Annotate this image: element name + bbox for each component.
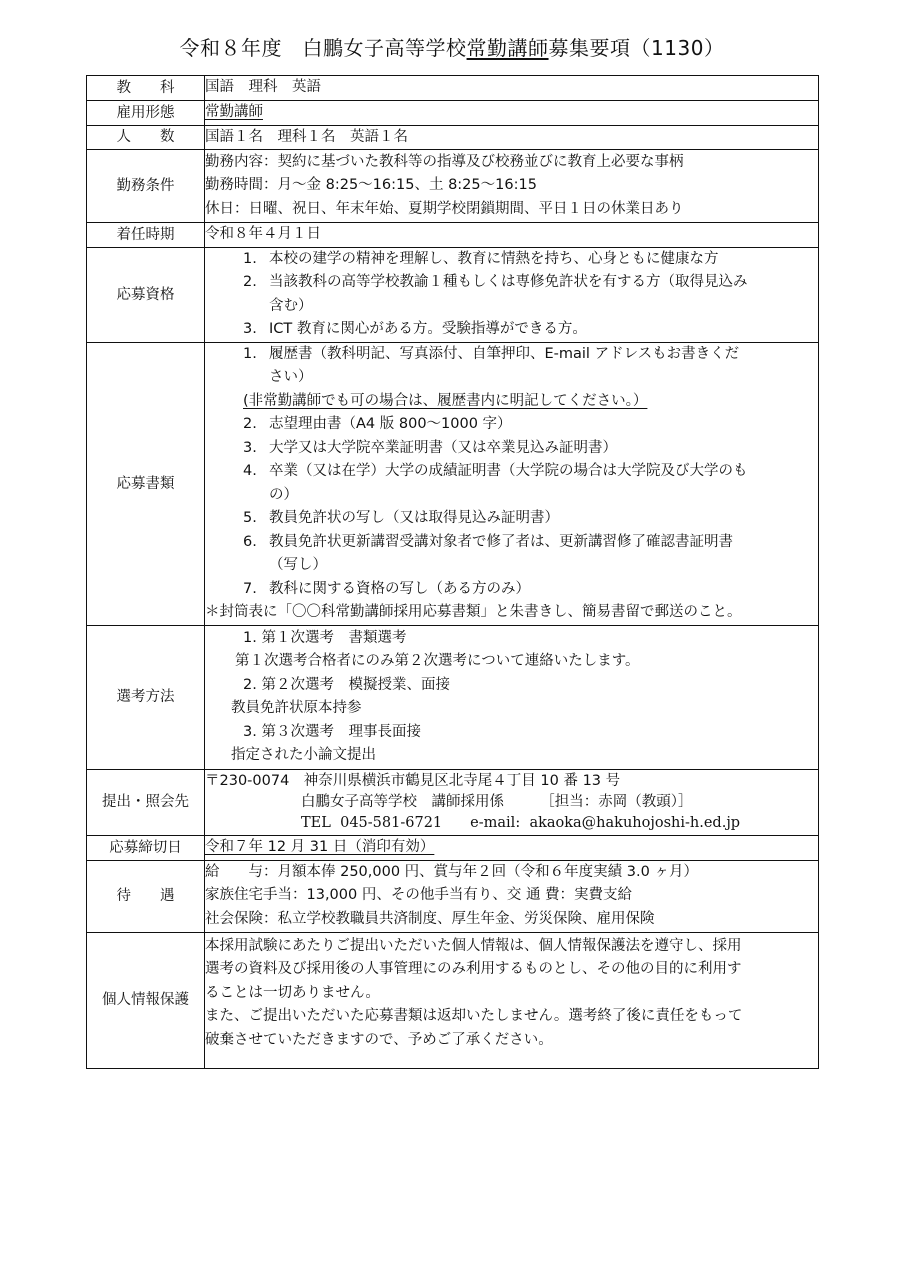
- document-item: 5.教員免許状の写し（又は取得見込み証明書）: [205, 507, 818, 531]
- row-documents: 応募書類 1.履歴書（教科明記、写真添付、自筆押印、E-mail アドレスもお書…: [87, 342, 819, 625]
- document-item: 6.教員免許状更新講習受講対象者で修了者は、更新講習修了確認書証明書: [205, 531, 818, 555]
- row-benefits: 待 遇 給 与：月額本俸 250,000 円、賞与年２回（令和６年度実績 3.0…: [87, 860, 819, 932]
- row-selection: 選考方法 1. 第１次選考 書類選考 第１次選考合格者にのみ第２次選考について連…: [87, 625, 819, 769]
- document-item: 1.履歴書（教科明記、写真添付、自筆押印、E-mail アドレスもお書きくだ: [205, 343, 818, 367]
- document-item-cont: の）: [205, 484, 818, 508]
- label-qualifications: 応募資格: [87, 247, 205, 342]
- email-label: e-mail:: [470, 815, 520, 831]
- label-conditions: 勤務条件: [87, 150, 205, 223]
- row-start-date: 着任時期 令和８年４月１日: [87, 223, 819, 248]
- tel-number: 045-581-6721: [340, 815, 442, 831]
- label-start-date: 着任時期: [87, 223, 205, 248]
- row-headcount: 人 数 国語１名 理科１名 英語１名: [87, 125, 819, 150]
- privacy-text: 破棄させていただきますので、予めご了承ください。: [205, 1029, 818, 1053]
- privacy-text: ることは一切ありません。: [205, 982, 818, 1006]
- document-footer-note: ＊封筒表に「〇〇科常勤講師採用応募書類」と朱書きし、簡易書留で郵送のこと。: [205, 601, 818, 625]
- selection-step-title: 1. 第１次選考 書類選考: [205, 627, 818, 651]
- conditions-duties: 勤務内容：契約に基づいた教科等の指導及び校務並びに教育上必要な事柄: [205, 151, 818, 175]
- row-employment: 雇用形態 常勤講師: [87, 101, 819, 126]
- label-benefits: 待 遇: [87, 860, 205, 932]
- conditions-holidays: 休日：日曜、祝日、年末年始、夏期学校閉鎖期間、平日１日の休業日あり: [205, 198, 818, 222]
- qualification-item: 3.ICT 教育に関心がある方。受験指導ができる方。: [205, 318, 818, 342]
- value-headcount: 国語１名 理科１名 英語１名: [205, 125, 819, 150]
- row-privacy: 個人情報保護 本採用試験にあたりご提出いただいた個人情報は、個人情報保護法を遵守…: [87, 932, 819, 1068]
- title-suffix: 募集要項（1130）: [549, 36, 725, 60]
- label-documents: 応募書類: [87, 342, 205, 625]
- value-employment: 常勤講師: [205, 104, 263, 120]
- document-item-cont: さい）: [205, 366, 818, 390]
- selection-step-title: 2. 第２次選考 模擬授業、面接: [205, 674, 818, 698]
- document-item-cont: （写し）: [205, 554, 818, 578]
- conditions-hours: 勤務時間：月～金 8:25～16:15、土 8:25～16:15: [205, 174, 818, 198]
- selection-step-title: 3. 第３次選考 理事長面接: [205, 721, 818, 745]
- tel-label: TEL: [301, 815, 331, 831]
- label-subject: 教 科: [87, 76, 205, 101]
- contact-address: 〒230-0074 神奈川県横浜市鶴見区北寺尾４丁目 10 番 13 号: [205, 771, 818, 792]
- document-item: 2.志望理由書（A4 版 800～1000 字）: [205, 413, 818, 437]
- label-deadline: 応募締切日: [87, 835, 205, 860]
- privacy-text: 選考の資料及び採用後の人事管理にのみ利用するものとし、その他の目的に利用す: [205, 958, 818, 982]
- row-subject: 教 科 国語 理科 英語: [87, 76, 819, 101]
- recruitment-table: 教 科 国語 理科 英語 雇用形態 常勤講師 人 数 国語１名 理科１名 英語１…: [86, 75, 819, 1069]
- value-start-date: 令和８年４月１日: [205, 223, 819, 248]
- label-contact: 提出・照会先: [87, 769, 205, 835]
- row-deadline: 応募締切日 令和７年 12 月 31 日（消印有効）: [87, 835, 819, 860]
- contact-phone-email: TEL 045-581-6721e-mail: akaoka@hakuhojos…: [205, 813, 818, 834]
- privacy-text: 本採用試験にあたりご提出いただいた個人情報は、個人情報保護法を遵守し、採用: [205, 935, 818, 959]
- benefits-allowances: 家族住宅手当：13,000 円、その他手当有り、交 通 費：実費支給: [205, 884, 818, 908]
- email-address[interactable]: akaoka@hakuhojoshi-h.ed.jp: [529, 815, 740, 831]
- document-note: (非常勤講師でも可の場合は、履歴書内に明記してください。）: [243, 393, 647, 409]
- label-selection: 選考方法: [87, 625, 205, 769]
- privacy-text: また、ご提出いただいた応募書類は返却いたしません。選考終了後に責任をもって: [205, 1005, 818, 1029]
- row-contact: 提出・照会先 〒230-0074 神奈川県横浜市鶴見区北寺尾４丁目 10 番 1…: [87, 769, 819, 835]
- selection-step-detail: 教員免許状原本持参: [205, 697, 818, 721]
- value-subject: 国語 理科 英語: [205, 76, 819, 101]
- document-item: 7.教科に関する資格の写し（ある方のみ）: [205, 578, 818, 602]
- title-underlined: 常勤講師: [467, 36, 549, 60]
- document-item: 3.大学又は大学院卒業証明書（又は卒業見込み証明書）: [205, 437, 818, 461]
- label-headcount: 人 数: [87, 125, 205, 150]
- qualification-item: 2.当該教科の高等学校教諭１種もしくは専修免許状を有する方（取得見込み: [205, 271, 818, 295]
- benefits-salary: 給 与：月額本俸 250,000 円、賞与年２回（令和６年度実績 3.0 ヶ月）: [205, 861, 818, 885]
- label-employment: 雇用形態: [87, 101, 205, 126]
- value-deadline: 令和７年 12 月 31 日（消印有効）: [205, 839, 434, 855]
- document-item: 4.卒業（又は在学）大学の成績証明書（大学院の場合は大学院及び大学のも: [205, 460, 818, 484]
- selection-step-detail: 第１次選考合格者にのみ第２次選考について連絡いたします。: [205, 650, 818, 674]
- selection-step-detail: 指定された小論文提出: [205, 744, 818, 768]
- label-privacy: 個人情報保護: [87, 932, 205, 1068]
- benefits-insurance: 社会保険：私立学校教職員共済制度、厚生年金、労災保険、雇用保険: [205, 908, 818, 932]
- contact-department: 白鵬女子高等学校 講師採用係 ［担当：赤岡（教頭）］: [205, 792, 818, 813]
- qualification-item-cont: 含む）: [205, 295, 818, 319]
- row-qualifications: 応募資格 1.本校の建学の精神を理解し、教育に情熱を持ち、心身ともに健康な方 2…: [87, 247, 819, 342]
- title-prefix: 令和８年度 白鵬女子高等学校: [180, 36, 467, 60]
- qualification-item: 1.本校の建学の精神を理解し、教育に情熱を持ち、心身ともに健康な方: [205, 248, 818, 272]
- page-title: 令和８年度 白鵬女子高等学校常勤講師募集要項（1130）: [0, 34, 904, 62]
- row-conditions: 勤務条件 勤務内容：契約に基づいた教科等の指導及び校務並びに教育上必要な事柄 勤…: [87, 150, 819, 223]
